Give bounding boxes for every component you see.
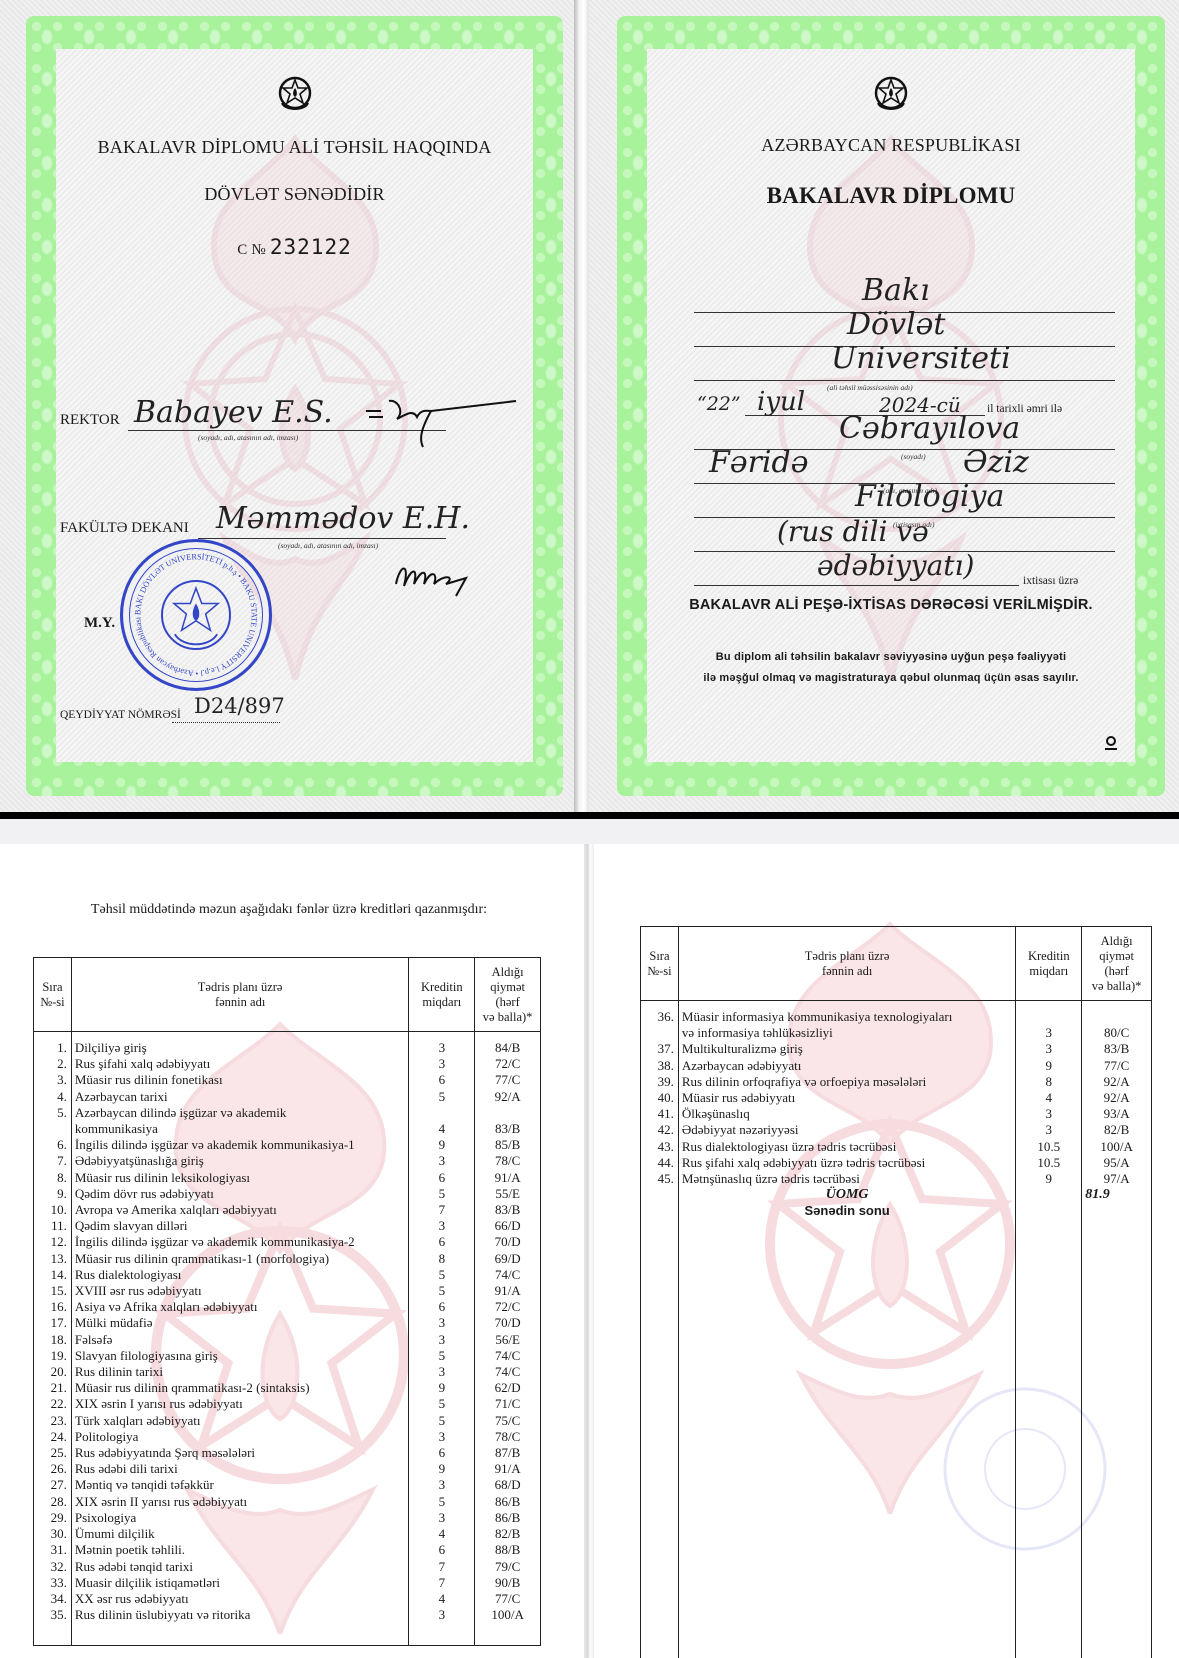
table-filler-row [641,1550,1152,1572]
row-number: 14. [34,1267,72,1283]
table-row: 23.Türk xalqları ədəbiyyatı575/C [34,1413,541,1429]
table-filler-row [34,1623,541,1645]
diploma-title: BAKALAVR DİPLOMU [647,183,1135,209]
grade: 77/C [475,1591,541,1607]
grade: 80/C [1082,1025,1152,1041]
empty-cell [475,1623,541,1645]
subject-name: Müasir rus dilinin fonetikası [71,1072,409,1088]
document-title-line2: DÖVLƏT SƏNƏDİDİR [56,184,533,205]
credits [1016,1187,1082,1203]
credits: 3 [1016,1106,1082,1122]
credits: 6 [409,1072,475,1088]
empty-cell [641,1550,679,1572]
empty-cell [678,1638,1016,1658]
grade: 74/C [475,1348,541,1364]
credits: 9 [409,1137,475,1153]
scan-divider [0,812,1179,819]
grade: 66/D [475,1218,541,1234]
subject-name: Mətnşünaslıq üzrə tədris təcrübəsi [678,1171,1016,1187]
table-row: 40.Müasir rus ədəbiyyatı492/A [641,1090,1152,1106]
table-row: 17.Mülki müdafiə370/D [34,1315,541,1331]
row-number: 45. [641,1171,679,1187]
credits: 3 [409,1056,475,1072]
row-number: 23. [34,1413,72,1429]
table-filler-row [641,1330,1152,1352]
dean-signature-line [198,538,446,539]
empty-cell [641,1396,679,1418]
graduate-surname: Cəbrayılova [839,411,1020,446]
empty-cell [678,1616,1016,1638]
empty-cell [409,1623,475,1645]
grade: 77/C [1082,1058,1152,1074]
empty-cell [678,1418,1016,1440]
grade [475,1105,541,1121]
table-row: 6.İngilis dilində işgüzar və akademik ko… [34,1137,541,1153]
table-filler-row [641,1638,1152,1658]
table-row: 30.Ümumi dilçilik482/B [34,1526,541,1542]
subject-name: Müasir rus ədəbiyyatı [678,1090,1016,1106]
printer-mark-icon [1105,736,1117,750]
grade: 72/C [475,1056,541,1072]
diploma-left-page: BAKALAVR DİPLOMU ALİ TƏHSİL HAQQINDA DÖV… [0,0,578,812]
specialty-suffix: ixtisası üzrə [1023,575,1078,587]
grade: 70/D [475,1234,541,1250]
table-row: 21.Müasir rus dilinin qrammatikası-2 (si… [34,1380,541,1396]
row-number: 2. [34,1056,72,1072]
row-number: 27. [34,1477,72,1493]
subject-name: XVIII əsr rus ədəbiyyatı [71,1283,409,1299]
credits: 5 [409,1267,475,1283]
serial-value: 232122 [270,235,352,259]
table-row: 45.Mətnşünaslıq üzrə tədris təcrübəsi997… [641,1171,1152,1187]
table-row: 44.Rus şifahi xalq ədəbiyyatı üzrə tədri… [641,1155,1152,1171]
table-row: 33.Muasir dilçilik istiqamətləri790/B [34,1575,541,1591]
table-row: 28.XIX əsrin II yarısı rus ədəbiyyatı586… [34,1494,541,1510]
empty-cell [1082,1440,1152,1462]
table-filler-row [641,1286,1152,1308]
subject-name: Rus dialektologiyası [71,1267,409,1283]
table-filler-row [641,1616,1152,1638]
subject-name: Ədəbiyyat nəzəriyyəsi [678,1122,1016,1138]
book-spine [584,844,594,1658]
empty-cell [1016,1484,1082,1506]
empty-cell [1082,1616,1152,1638]
end-of-document-row: Sənədin sonu [641,1203,1152,1219]
grade: 92/A [475,1089,541,1105]
table-row: 22.XIX əsrin I yarısı rus ədəbiyyatı571/… [34,1396,541,1412]
grade: 56/E [475,1332,541,1348]
grade: 75/C [475,1413,541,1429]
row-number: 20. [34,1364,72,1380]
subject-name: kommunikasiya [71,1121,409,1137]
credits: 3 [1016,1025,1082,1041]
table-row-continued: və informasiya təhlükəsizliyi380/C [641,1025,1152,1041]
table-row: 27.Məntiq və tənqidi təfəkkür368/D [34,1477,541,1493]
order-month: iyul [757,387,805,417]
grade: 85/B [475,1137,541,1153]
empty-cell [1016,1594,1082,1616]
empty-cell [641,1484,679,1506]
grade: 79/C [475,1559,541,1575]
empty-cell [1082,1462,1152,1484]
empty-cell [1082,1528,1152,1550]
empty-cell [641,1638,679,1658]
empty-cell [1082,1572,1152,1594]
row-number: 1. [34,1032,72,1057]
credits: 6 [409,1234,475,1250]
subject-name: Müasir rus dilinin qrammatikası-1 (morfo… [71,1251,409,1267]
institution-name-1: Bakı [862,273,930,308]
subject-name: Azərbaycan ədəbiyyatı [678,1058,1016,1074]
empty-cell [641,1594,679,1616]
empty-cell [641,1308,679,1330]
grade: 77/C [475,1072,541,1088]
table-filler-row [641,1220,1152,1242]
col-header-no: Sıra №-si [641,927,679,1001]
grade: 71/C [475,1396,541,1412]
table-row: 18.Fəlsəfə356/E [34,1332,541,1348]
table-filler-row [641,1506,1152,1528]
empty-cell [678,1374,1016,1396]
row-number: 17. [34,1315,72,1331]
subject-name: Mətnin poetik təhlili. [71,1542,409,1558]
empty-cell [1082,1374,1152,1396]
empty-cell [678,1506,1016,1528]
table-row: 16.Asiya və Afrika xalqları ədəbiyyatı67… [34,1299,541,1315]
country-name: AZƏRBAYCAN RESPUBLİKASI [647,135,1135,156]
grade: 86/B [475,1510,541,1526]
row-number: 7. [34,1153,72,1169]
empty-cell [1016,1616,1082,1638]
empty-cell [641,1462,679,1484]
university-seal: BAKI DÖVLƏT UNİVERSİTETİ p.h.ş • BAKU ST… [120,539,272,691]
row-number: 11. [34,1218,72,1234]
graduate-patronymic: Əziz [963,445,1029,480]
empty-cell [34,1623,72,1645]
row-number: 4. [34,1089,72,1105]
table-row: 5.Azərbaycan dilində işgüzar və akademik [34,1105,541,1121]
credits: 3 [409,1218,475,1234]
subject-name: Rus ədəbi tənqid tarixi [71,1559,409,1575]
grade: 97/A [1082,1171,1152,1187]
empty-cell [678,1330,1016,1352]
row-number: 36. [641,1001,679,1026]
empty-cell [678,1440,1016,1462]
diploma-right-page: AZƏRBAYCAN RESPUBLİKASI BAKALAVR DİPLOMU… [589,0,1179,812]
subject-name: Politologiya [71,1429,409,1445]
green-guilloche-border: AZƏRBAYCAN RESPUBLİKASI BAKALAVR DİPLOMU… [617,16,1165,796]
row-number: 29. [34,1510,72,1526]
state-emblem-icon [275,75,315,115]
subject-name: XX əsr rus ədəbiyyatı [71,1591,409,1607]
subject-name: Rus şifahi xalq ədəbiyyatı [71,1056,409,1072]
table-row: 2.Rus şifahi xalq ədəbiyyatı372/C [34,1056,541,1072]
row-number: 15. [34,1283,72,1299]
grade [1082,1203,1152,1219]
table-filler-row [641,1374,1152,1396]
table-row: 39.Rus dilinin orfoqrafiya və orfoepiya … [641,1074,1152,1090]
grades-table-left-body: 1.Dilçiliyə giriş384/B2.Rus şifahi xalq … [34,1032,541,1646]
transcript-intro: Təhsil müddətində məzun aşağıdakı fənlər… [0,902,578,918]
row-number: 9. [34,1186,72,1202]
empty-cell [1016,1330,1082,1352]
credits: 7 [409,1202,475,1218]
credits: 3 [409,1429,475,1445]
col-header-credits: Kreditinmiqdarı [1016,927,1082,1001]
credits: 3 [409,1315,475,1331]
credits: 3 [409,1153,475,1169]
table-row: 29.Psixologiya386/B [34,1510,541,1526]
left-page-body: BAKALAVR DİPLOMU ALİ TƏHSİL HAQQINDA DÖV… [56,49,533,762]
empty-cell [1016,1374,1082,1396]
row-number: 39. [641,1074,679,1090]
credits: 4 [1016,1090,1082,1106]
grade: 91/A [475,1170,541,1186]
subject-name: Ölkəşünaslıq [678,1106,1016,1122]
credits: 3 [409,1607,475,1623]
table-row: 32.Rus ədəbi tənqid tarixi779/C [34,1559,541,1575]
scan-gap [0,819,1179,844]
empty-cell [1016,1418,1082,1440]
empty-cell [1016,1286,1082,1308]
empty-cell [1082,1330,1152,1352]
subject-name: Rus dilinin tarixi [71,1364,409,1380]
institution-name-3: Universiteti [831,341,1011,376]
grade: 86/B [475,1494,541,1510]
row-number: 10. [34,1202,72,1218]
credits: 3 [1016,1041,1082,1057]
grade: 74/C [475,1364,541,1380]
grade: 93/A [1082,1106,1152,1122]
row-number: 42. [641,1122,679,1138]
empty-cell [678,1594,1016,1616]
credits: 9 [409,1461,475,1477]
row-number: 21. [34,1380,72,1396]
table-filler-row [641,1264,1152,1286]
subject-name: Müasir rus dilinin leksikologiyası [71,1170,409,1186]
diploma-note: Bu diplom ali təhsilin bakalavr səviyyəs… [647,647,1135,689]
empty-cell [678,1308,1016,1330]
row-number [34,1121,72,1137]
grade: 74/C [475,1267,541,1283]
subject-name: və informasiya təhlükəsizliyi [678,1025,1016,1041]
row-number: 31. [34,1542,72,1558]
subject-name: Məntiq və tənqidi təfəkkür [71,1477,409,1493]
credits: 5 [409,1283,475,1299]
table-row: 36.Müasir informasiya kommunikasiya texn… [641,1001,1152,1026]
credits: 6 [409,1542,475,1558]
registration-label: QEYDİYYAT NÖMRƏSİ [60,709,181,721]
credits: 3 [409,1332,475,1348]
table-filler-row [641,1594,1152,1616]
empty-cell [641,1528,679,1550]
empty-cell [1016,1462,1082,1484]
seal-place-label: M.Y. [84,615,115,632]
row-number [641,1203,679,1219]
credits: 3 [409,1032,475,1057]
grade: 91/A [475,1283,541,1299]
diploma-note-line1: Bu diplom ali təhsilin bakalavr səviyyəs… [647,647,1135,668]
grade: 82/B [1082,1122,1152,1138]
credits: 7 [409,1559,475,1575]
row-number: 37. [641,1041,679,1057]
grade: 88/B [475,1542,541,1558]
credits: 8 [409,1251,475,1267]
grade: 83/B [475,1121,541,1137]
registration-line [172,722,280,723]
subject-name: Mülki müdafiə [71,1315,409,1331]
empty-cell [1016,1352,1082,1374]
empty-cell [678,1352,1016,1374]
row-number: 30. [34,1526,72,1542]
table-row: 41.Ölkəşünaslıq393/A [641,1106,1152,1122]
empty-cell [678,1242,1016,1264]
empty-cell [1016,1638,1082,1658]
state-emblem-icon [871,75,911,115]
transcript-spread: Təhsil müddətində məzun aşağıdakı fənlər… [0,844,1179,1658]
dean-label: FAKÜLTƏ DEKANI [60,520,189,537]
grade: 55/E [475,1186,541,1202]
institution-hint: (ali təhsil müəssisəsinin adı) [827,383,913,392]
table-row: 26.Rus ədəbi dili tarixi991/A [34,1461,541,1477]
credits: 5 [409,1186,475,1202]
institution-line-3 [694,380,1115,381]
table-filler-row [641,1308,1152,1330]
empty-cell [641,1506,679,1528]
table-filler-row [641,1484,1152,1506]
credits: 9 [1016,1058,1082,1074]
table-filler-row [641,1572,1152,1594]
row-number: 8. [34,1170,72,1186]
specialty-line-3 [694,585,1019,586]
grade: 84/B [475,1032,541,1057]
subject-name: Müasir rus dilinin qrammatikası-2 (sinta… [71,1380,409,1396]
grade: 100/A [1082,1139,1152,1155]
credits [409,1105,475,1121]
diploma-cover-spread: BAKALAVR DİPLOMU ALİ TƏHSİL HAQQINDA DÖV… [0,0,1179,812]
empty-cell [1016,1242,1082,1264]
row-number: 26. [34,1461,72,1477]
table-filler-row [641,1418,1152,1440]
subject-name: Ədəbiyyatşünaslığa giriş [71,1153,409,1169]
credits: 5 [409,1089,475,1105]
subject-name: Muasir dilçilik istiqamətləri [71,1575,409,1591]
empty-cell [678,1396,1016,1418]
credits: 5 [409,1494,475,1510]
empty-cell [678,1462,1016,1484]
row-number: 44. [641,1155,679,1171]
subject-name: Fəlsəfə [71,1332,409,1348]
credits: 3 [1016,1122,1082,1138]
credits [1016,1203,1082,1219]
credits: 3 [409,1364,475,1380]
col-header-credits: Kreditinmiqdarı [409,958,475,1032]
subject-name: Ümumi dilçilik [71,1526,409,1542]
grades-table-right-body: 36.Müasir informasiya kommunikasiya texn… [641,1001,1152,1658]
document-title-line1: BAKALAVR DİPLOMU ALİ TƏHSİL HAQQINDA [56,137,533,158]
credits: 9 [1016,1171,1082,1187]
table-row: 25.Rus ədəbiyyatında Şərq məsələləri687/… [34,1445,541,1461]
table-row: 42.Ədəbiyyat nəzəriyyəsi382/B [641,1122,1152,1138]
empty-cell [71,1623,409,1645]
empty-cell [678,1286,1016,1308]
credits: 4 [409,1591,475,1607]
subject-name: Asiya və Afrika xalqları ədəbiyyatı [71,1299,409,1315]
empty-cell [1082,1286,1152,1308]
grade: 82/B [475,1526,541,1542]
empty-cell [1016,1440,1082,1462]
rector-handwritten-name: Babayev E.S. [134,395,333,430]
degree-statement: BAKALAVR ALİ PEŞƏ-İXTİSAS DƏRƏCƏSİ VERİL… [647,597,1135,613]
credits: 4 [409,1526,475,1542]
table-row: 24.Politologiya378/C [34,1429,541,1445]
credits [1016,1001,1082,1026]
specialty-name-1: Filologiya [855,479,1004,514]
credits: 3 [409,1510,475,1526]
empty-cell [1082,1242,1152,1264]
empty-cell [641,1572,679,1594]
subject-name: Dilçiliyə giriş [71,1032,409,1057]
subject-name: Rus dilinin orfoqrafiya və orfoepiya məs… [678,1074,1016,1090]
table-row: 4.Azərbaycan tarixi592/A [34,1089,541,1105]
table-row: 34.XX əsr rus ədəbiyyatı477/C [34,1591,541,1607]
graduate-first-name: Fəridə [709,445,808,480]
grades-table-right: Sıra №-si Tədris planı üzrəfənnin adı Kr… [640,926,1152,1658]
table-row: 38.Azərbaycan ədəbiyyatı977/C [641,1058,1152,1074]
gpa-row: ÜOMG81.9 [641,1187,1152,1203]
row-number: 5. [34,1105,72,1121]
empty-cell [678,1550,1016,1572]
seal-inner-ring [161,580,231,650]
row-number: 18. [34,1332,72,1348]
table-row: 10.Avropa və Amerika xalqları ədəbiyyatı… [34,1202,541,1218]
right-page-body: AZƏRBAYCAN RESPUBLİKASI BAKALAVR DİPLOMU… [647,49,1135,762]
serial-number: C № 232122 [56,235,533,259]
credits: 5 [409,1348,475,1364]
gpa-label: ÜOMG [678,1187,1016,1203]
empty-cell [641,1440,679,1462]
subject-name: Qədim slavyan dilləri [71,1218,409,1234]
order-day: “22” [697,393,741,415]
institution-name-2: Dövlət [847,307,945,342]
empty-cell [641,1330,679,1352]
subject-name: İngilis dilində işgüzar və akademik komm… [71,1234,409,1250]
credits: 6 [409,1170,475,1186]
table-row: 12.İngilis dilində işgüzar və akademik k… [34,1234,541,1250]
grade: 90/B [475,1575,541,1591]
grade: 95/A [1082,1155,1152,1171]
table-row: 19.Slavyan filologiyasına giriş574/C [34,1348,541,1364]
empty-cell [1016,1396,1082,1418]
credits: 9 [409,1380,475,1396]
empty-cell [678,1264,1016,1286]
dean-field-hint: (soyadı, adı, atasının adı, imzası) [278,541,378,550]
green-guilloche-border: BAKALAVR DİPLOMU ALİ TƏHSİL HAQQINDA DÖV… [26,16,563,796]
dean-handwritten-name: Məmmədov E.H. [216,501,470,536]
row-number [641,1025,679,1041]
row-number: 12. [34,1234,72,1250]
rector-signature-icon [361,389,521,449]
registration-number: D24/897 [194,694,285,718]
row-number: 16. [34,1299,72,1315]
credits: 6 [409,1445,475,1461]
table-row: 20.Rus dilinin tarixi374/C [34,1364,541,1380]
credits: 10.5 [1016,1139,1082,1155]
credits: 7 [409,1575,475,1591]
grade: 62/D [475,1380,541,1396]
row-number: 25. [34,1445,72,1461]
row-number: 34. [34,1591,72,1607]
